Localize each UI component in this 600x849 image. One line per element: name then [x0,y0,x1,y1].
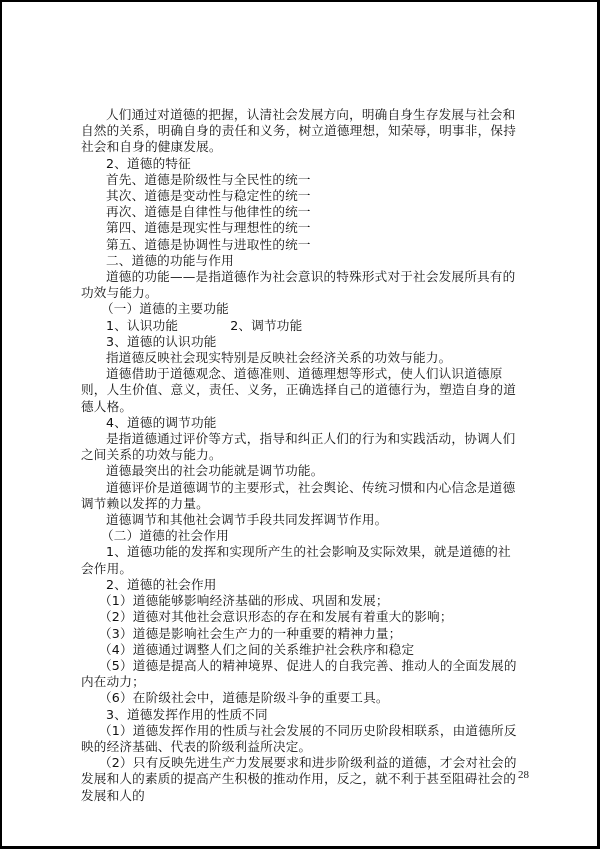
heading-social-role: 2、道德的社会作用 [81,577,521,593]
list-item: （2）道德对其他社会意识形态的存在和发展有着重大的影响； [81,609,521,625]
list-item: 第四、道德是现实性与理想性的统一 [81,220,521,236]
list-item: （1）道德发挥作用的性质与社会发展的不同历史阶段相联系，由道德所反映的经济基础、… [81,723,521,755]
list-item: 第五、道德是协调性与进取性的统一 [81,237,521,253]
list-item: （6）在阶级社会中，道德是阶级斗争的重要工具。 [81,690,521,706]
list-item: （3）道德是影响社会生产力的一种重要的精神力量； [81,626,521,642]
heading-regulatory-function: 4、道德的调节功能 [81,415,521,431]
subsection-heading-main-functions: （一）道德的主要功能 [81,301,521,317]
paragraph-function-definition: 道德的功能——是指道德作为社会意识的特殊形式对于社会发展所具有的功效与能力。 [81,269,521,301]
section-heading-functions: 二、道德的功能与作用 [81,253,521,269]
list-item: 首先、道德是阶级性与全民性的统一 [81,172,521,188]
paragraph: 指道德反映社会现实特别是反映社会经济关系的功效与能力。 [81,350,521,366]
list-item: （1）道德能够影响经济基础的形成、巩固和发展； [81,593,521,609]
function-item-cognitive: 1、认识功能 [106,318,178,333]
paragraph-intro: 人们通过对道德的把握，认清社会发展方向，明确自身生存发展与社会和自然的关系，明确… [81,107,521,156]
function-item-regulatory: 2、调节功能 [230,318,302,333]
list-item: 再次、道德是自律性与他律性的统一 [81,204,521,220]
list-item: 其次、道德是变动性与稳定性的统一 [81,188,521,204]
heading-cognitive-function: 3、道德的认识功能 [81,334,521,350]
document-page: 人们通过对道德的把握，认清社会发展方向，明确自身生存发展与社会和自然的关系，明确… [0,0,600,849]
paragraph: 道德借助于道德观念、道德准则、道德理想等形式，使人们认识道德原则，人生价值、意义… [81,366,521,415]
paragraph: 道德最突出的社会功能就是调节功能。 [81,463,521,479]
list-item: （4）道德通过调整人们之间的关系维护社会秩序和稳定 [81,642,521,658]
page-number: 28 [518,769,529,781]
function-list-line: 1、认识功能2、调节功能 [81,318,521,334]
body-text: 人们通过对道德的把握，认清社会发展方向，明确自身生存发展与社会和自然的关系，明确… [81,107,521,804]
paragraph: 道德调节和其他社会调节手段共同发挥调节作用。 [81,512,521,528]
paragraph: 1、道德功能的发挥和实现所产生的社会影响及实际效果，就是道德的社会作用。 [81,544,521,576]
subsection-heading-social-role: （二）道德的社会作用 [81,528,521,544]
list-item: （2）只有反映先进生产力发展要求和进步阶级利益的道德，才会对社会的发展和人的素质… [81,755,521,804]
paragraph: 道德评价是道德调节的主要形式，社会舆论、传统习惯和内心信念是道德调节赖以发挥的力… [81,480,521,512]
list-item: （5）道德是提高人的精神境界、促进人的自我完善、推动人的全面发展的内在动力； [81,658,521,690]
paragraph: 是指道德通过评价等方式，指导和纠正人们的行为和实践活动，协调人们之间关系的功效与… [81,431,521,463]
heading-moral-characteristics: 2、道德的特征 [81,156,521,172]
heading-nature-of-role: 3、道德发挥作用的性质不同 [81,707,521,723]
